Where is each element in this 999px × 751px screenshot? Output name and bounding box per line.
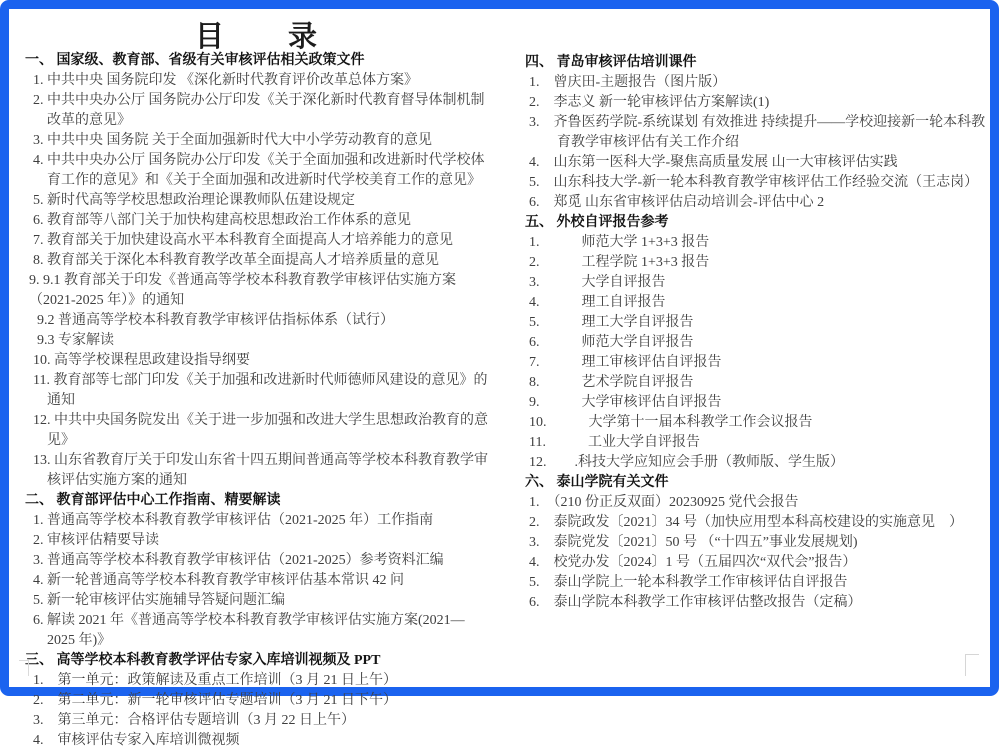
- toc-item: 2. 工程学院 1+3+3 报告: [527, 253, 995, 273]
- toc-section: 一、 国家级、教育部、省级有关审核评估相关政策文件1. 中共中央 国务院印发 《…: [25, 51, 491, 491]
- toc-item: 5. 理工大学自评报告: [527, 313, 995, 333]
- toc-item: 4. 中共中央办公厅 国务院办公厅印发《关于全面加强和改进新时代学校体育工作的意…: [29, 151, 491, 191]
- toc-item: 5. 新时代高等学校思想政治理论课教师队伍建设规定: [29, 191, 491, 211]
- toc-item: 13. 山东省教育厅关于印发山东省十四五期间普通高等学校本科教育教学审核评估实施…: [29, 451, 491, 491]
- toc-section: 二、 教育部评估中心工作指南、精要解读1. 普通高等学校本科教育教学审核评估（2…: [25, 491, 491, 651]
- toc-section: 四、 青岛审核评估培训课件1. 曾庆田-主题报告（图片版）2. 李志义 新一轮审…: [525, 53, 995, 213]
- section-heading: 六、 泰山学院有关文件: [525, 473, 995, 493]
- toc-item: 3. 大学自评报告: [527, 273, 995, 293]
- page-border: 目 录 一、 国家级、教育部、省级有关审核评估相关政策文件1. 中共中央 国务院…: [0, 0, 999, 696]
- toc-item: 2. 第二单元：新一轮审核评估专题培训（3 月 21 日下午）: [29, 691, 491, 696]
- toc-item: 1. 第一单元：政策解读及重点工作培训（3 月 21 日上午）: [29, 671, 491, 691]
- toc-item: 3. 中共中央 国务院 关于全面加强新时代大中小学劳动教育的意见: [29, 131, 491, 151]
- toc-item: 7. 理工审核评估自评报告: [527, 353, 995, 373]
- toc-item: 5. 泰山学院上一轮本科教学工作审核评估自评报告: [527, 573, 995, 593]
- toc-item: 4. 新一轮普通高等学校本科教育教学审核评估基本常识 42 问: [29, 571, 491, 591]
- toc-item: 1. 普通高等学校本科教育教学审核评估（2021-2025 年）工作指南: [29, 511, 491, 531]
- toc-item: 12. .科技大学应知应会手册（教师版、学生版）: [527, 453, 995, 473]
- toc-item: 4. 校党办发〔2024〕1 号（五届四次“双代会”报告）: [527, 553, 995, 573]
- toc-item: 9.3 专家解读: [37, 331, 491, 351]
- right-column: 四、 青岛审核评估培训课件1. 曾庆田-主题报告（图片版）2. 李志义 新一轮审…: [525, 53, 995, 613]
- toc-item: 9.2 普通高等学校本科教育教学审核评估指标体系（试行）: [37, 311, 491, 331]
- toc-item: 5. 山东科技大学-新一轮本科教育教学审核评估工作经验交流（王志岗）: [527, 173, 995, 193]
- section-heading: 三、 高等学校本科教育教学评估专家入库培训视频及 PPT: [25, 651, 491, 671]
- toc-item: 1. （210 份正反双面）20230925 党代会报告: [527, 493, 995, 513]
- toc-item: 7. 教育部关于加快建设高水平本科教育全面提高人才培养能力的意见: [29, 231, 491, 251]
- scan-artifact-corner-right: [965, 654, 979, 676]
- toc-item: 3. 普通高等学校本科教育教学审核评估（2021-2025）参考资料汇编: [29, 551, 491, 571]
- toc-item: 12. 中共中央国务院发出《关于进一步加强和改进大学生思想政治教育的意见》: [29, 411, 491, 451]
- toc-item: 4. 山东第一医科大学-聚焦高质量发展 山一大审核评估实践: [527, 153, 995, 173]
- toc-item: 6. 师范大学自评报告: [527, 333, 995, 353]
- toc-item: 9. 大学审核评估自评报告: [527, 393, 995, 413]
- toc-section: 六、 泰山学院有关文件1. （210 份正反双面）20230925 党代会报告2…: [525, 473, 995, 613]
- toc-item: 3. 泰院党发〔2021〕50 号 （“十四五”事业发展规划): [527, 533, 995, 553]
- scan-artifact-corner-left: [19, 660, 29, 676]
- section-heading: 四、 青岛审核评估培训课件: [525, 53, 995, 73]
- section-heading: 五、 外校自评报告参考: [525, 213, 995, 233]
- toc-item: 6. 教育部等八部门关于加快构建高校思想政治工作体系的意见: [29, 211, 491, 231]
- toc-item: 2. 泰院政发〔2021〕34 号（加快应用型本科高校建设的实施意见 ）: [527, 513, 995, 533]
- toc-item: 5. 新一轮审核评估实施辅导答疑问题汇编: [29, 591, 491, 611]
- toc-item: 8. 教育部关于深化本科教育教学改革全面提高人才培养质量的意见: [29, 251, 491, 271]
- toc-item: 1. 曾庆田-主题报告（图片版）: [527, 73, 995, 93]
- page-title: 目 录: [25, 14, 489, 55]
- toc-item: 11. 工业大学自评报告: [527, 433, 995, 453]
- toc-item: 6. 泰山学院本科教学工作审核评估整改报告（定稿）: [527, 593, 995, 613]
- toc-item: 6. 解读 2021 年《普通高等学校本科教育教学审核评估实施方案(2021—2…: [29, 611, 491, 651]
- toc-item: 2. 中共中央办公厅 国务院办公厅印发《关于深化新时代教育督导体制机制改革的意见…: [29, 91, 491, 131]
- section-heading: 一、 国家级、教育部、省级有关审核评估相关政策文件: [25, 51, 491, 71]
- toc-item: 9. 9.1 教育部关于印发《普通高等学校本科教育教学审核评估实施方案（2021…: [29, 271, 491, 311]
- toc-item: 2. 李志义 新一轮审核评估方案解读(1): [527, 93, 995, 113]
- toc-item: 3. 齐鲁医药学院-系统谋划 有效推进 持续提升——学校迎接新一轮本科教育教学审…: [527, 113, 995, 153]
- section-heading: 二、 教育部评估中心工作指南、精要解读: [25, 491, 491, 511]
- left-column: 一、 国家级、教育部、省级有关审核评估相关政策文件1. 中共中央 国务院印发 《…: [25, 51, 491, 696]
- toc-section: 五、 外校自评报告参考1. 师范大学 1+3+3 报告2. 工程学院 1+3+3…: [525, 213, 995, 473]
- toc-item: 10. 大学第十一届本科教学工作会议报告: [527, 413, 995, 433]
- toc-item: 10. 高等学校课程思政建设指导纲要: [29, 351, 491, 371]
- toc-item: 2. 审核评估精要导读: [29, 531, 491, 551]
- toc-item: 1. 中共中央 国务院印发 《深化新时代教育评价改革总体方案》: [29, 71, 491, 91]
- toc-item: 8. 艺术学院自评报告: [527, 373, 995, 393]
- toc-item: 6. 郑觅 山东省审核评估启动培训会-评估中心 2: [527, 193, 995, 213]
- toc-item: 1. 师范大学 1+3+3 报告: [527, 233, 995, 253]
- toc-item: 4. 理工自评报告: [527, 293, 995, 313]
- toc-section: 三、 高等学校本科教育教学评估专家入库培训视频及 PPT1. 第一单元：政策解读…: [25, 651, 491, 696]
- toc-item: 11. 教育部等七部门印发《关于加强和改进新时代师德师风建设的意见》的通知: [29, 371, 491, 411]
